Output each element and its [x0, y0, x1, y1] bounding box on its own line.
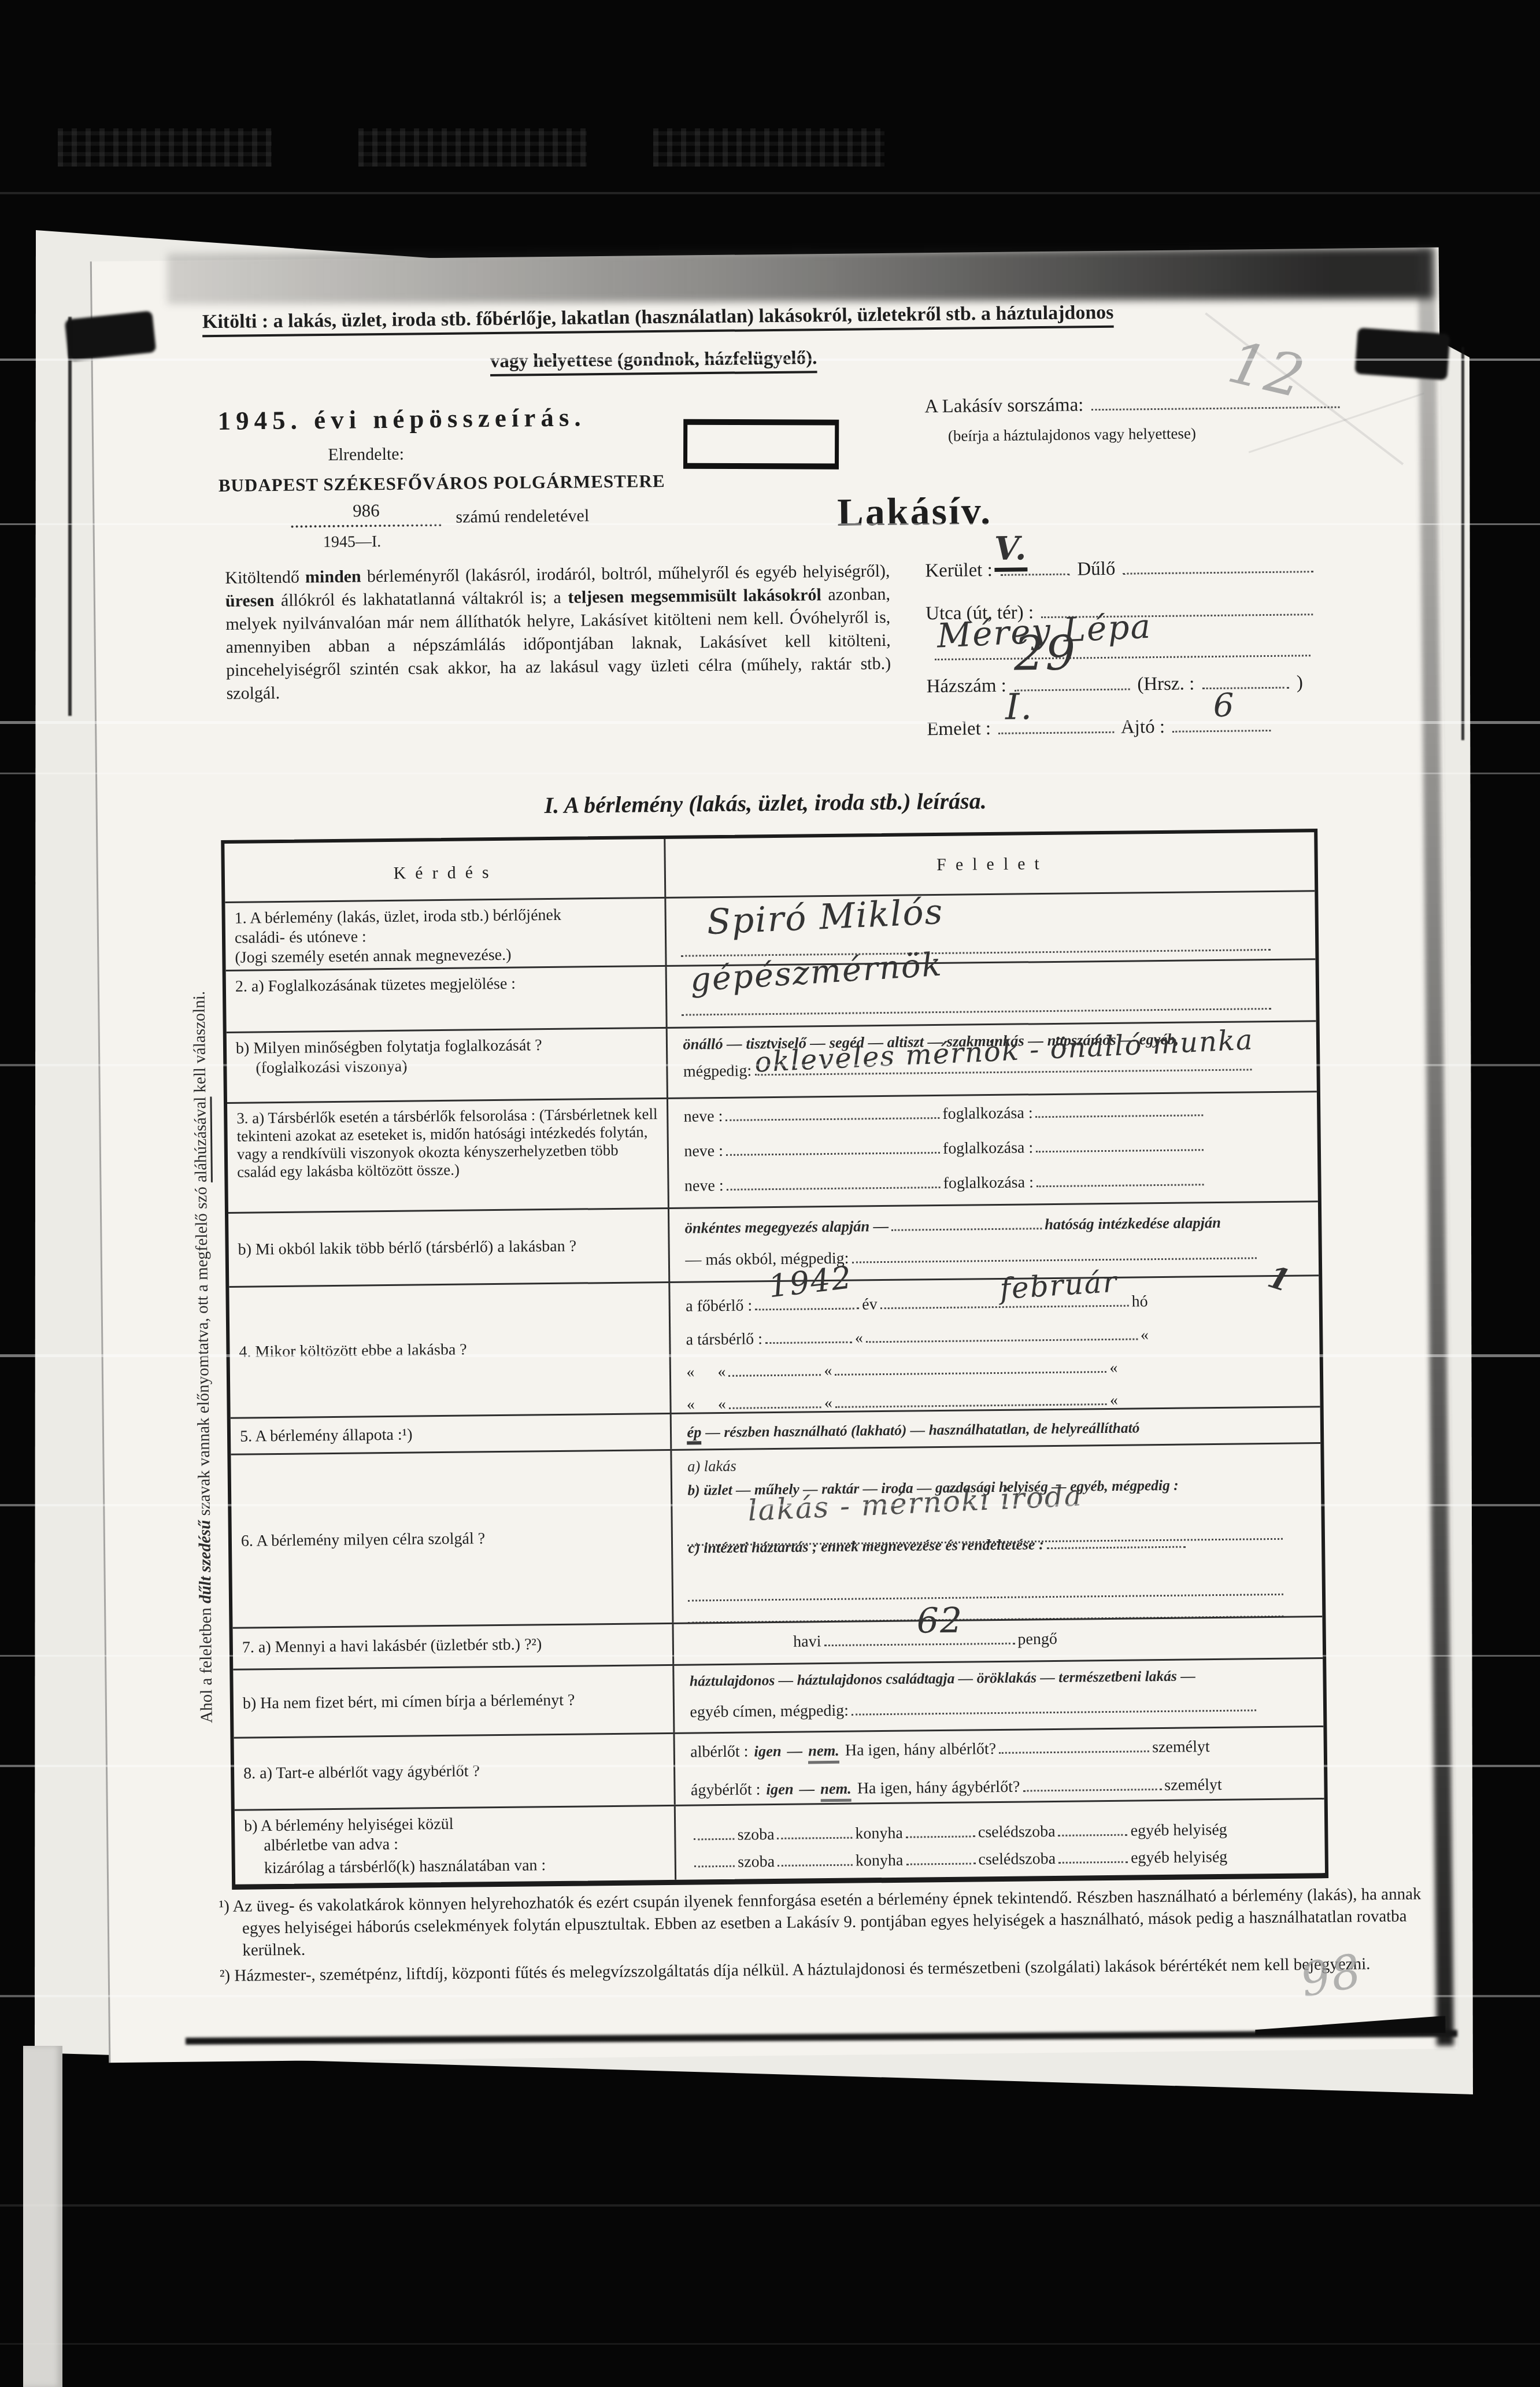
q7b-text: b) Ha nem fizet bért, mi címen bírja a b… — [243, 1690, 667, 1714]
movein-month-handwritten: február — [999, 1272, 1119, 1299]
table-row-4: 4. Mikor költözött ebbe a lakásba ? a fő… — [229, 1274, 1320, 1417]
intro-text: állókról és lakhatatlanná váltakról is; … — [274, 588, 568, 610]
a3b-authority: hatóság intézkedése alapján — [1045, 1213, 1221, 1234]
a3a-fogl-label: foglalkozása : — [943, 1173, 1034, 1193]
district-handwritten-value: V. — [994, 529, 1028, 572]
district-row: Kerület : Dűlő — [925, 556, 1316, 582]
question-table: Kérdés Felelet 1. A bérlemény (lakás, üz… — [221, 829, 1328, 1890]
serial-dotted-line — [1091, 395, 1339, 411]
frame-bracket-left — [68, 317, 72, 716]
tenant-name-handwritten: Spiró Miklós — [707, 902, 945, 933]
vnote-text: Ahol a feleletben — [197, 1603, 216, 1723]
q3b-text: b) Mi okból lakik több bérlő (társbérlő)… — [238, 1236, 661, 1260]
vnote-italic: dűlt szedésű — [195, 1520, 215, 1603]
a3b-voluntary: önkéntes megegyezés alapján — — [685, 1216, 889, 1238]
a5-ep-underlined: ép — [687, 1423, 701, 1444]
a8b-egyeb: egyéb helyiség — [1130, 1820, 1227, 1841]
q2b-cell: b) Milyen minőségben folytatja foglalkoz… — [227, 1029, 669, 1102]
intro-paragraph: Kitöltendő minden bérleményről (lakásról… — [225, 560, 891, 705]
a4-dotted — [729, 1395, 821, 1409]
table-header-row: Kérdés Felelet — [224, 832, 1315, 901]
hrsz-label: (Hrsz. : — [1137, 673, 1194, 694]
q4-cell: 4. Mikor költözött ebbe a lakásba ? — [229, 1283, 672, 1417]
a7a-cell: havi pengő 62 — [674, 1617, 1323, 1664]
q7b-cell: b) Ha nem fizet bért, mi címen bírja a b… — [233, 1666, 675, 1737]
table-row-2b: b) Milyen minőségben folytatja foglalkoz… — [227, 1020, 1317, 1102]
a3a-dotted — [726, 1140, 940, 1156]
decree-suffix: számú rendeletével — [456, 506, 589, 527]
intro-text: bérleményről (lakásról, irodáról, boltró… — [361, 561, 890, 586]
q8b-line3: kizárólag a társbérlő(k) használatában v… — [245, 1854, 668, 1885]
a8b-konyha: konyha — [856, 1851, 904, 1871]
a8b-dotted — [1058, 1850, 1128, 1864]
occupation-handwritten: gépészmérnök — [690, 955, 943, 991]
q8b-cell: b) A bérlemény helyiségei közül albérlet… — [235, 1806, 677, 1885]
q6-cell: 6. A bérlemény milyen célra szolgál ? — [231, 1451, 673, 1627]
footnote-1: ¹) Az üveg- és vakolatkárok könnyen hely… — [219, 1883, 1445, 1961]
q6-text: 6. A bérlemény milyen célra szolgál ? — [241, 1527, 665, 1551]
a3a-dotted — [725, 1106, 939, 1121]
a3a-dotted — [1036, 1137, 1204, 1152]
a8a-cell: albérlőt : igen — nem. Ha igen, hány alb… — [675, 1727, 1324, 1805]
a3a-neve-label: neve : — [684, 1141, 723, 1162]
q8b-line2: albérletbe van adva : — [244, 1832, 668, 1856]
header-line2-text: vagy helyettese (gondnok, házfelügyelő). — [490, 348, 817, 372]
a2a-cell: gépészmérnök — [667, 960, 1316, 1027]
a3a-dotted — [1035, 1103, 1203, 1118]
a6-option-a: a) lakás — [687, 1450, 1311, 1476]
microfilm-scan: Kitölti : a lakás, üzlet, iroda stb. főb… — [0, 0, 1540, 2387]
movein-year-handwritten: 1942 — [768, 1268, 853, 1296]
a3a-fogl-label: foglalkozása : — [943, 1138, 1034, 1159]
door-label: Ajtó : — [1121, 716, 1165, 738]
a3a-cell: neve : foglalkozása : neve : foglalkozás… — [668, 1092, 1317, 1207]
film-frame-marking — [358, 128, 587, 167]
a1-dotted-line — [682, 937, 1271, 957]
house-row: Házszám : (Hrsz. : ) — [926, 672, 1303, 697]
movein-day-handwritten: 1 — [1267, 1267, 1294, 1292]
a8a-rest: Ha igen, hány ágybérlőt? — [857, 1778, 1020, 1799]
intro-bold: teljesen megsemmisült lakásokról — [568, 585, 821, 607]
a4-year-label: év — [862, 1295, 878, 1314]
a8a-unit: személyt — [1164, 1775, 1222, 1795]
a3b-dotted — [852, 1246, 1256, 1263]
a7a-pengo-label: pengő — [1017, 1629, 1057, 1650]
a1-cell: Spiró Miklós — [667, 892, 1316, 965]
census-title: 1945. évi népösszeírás. — [217, 402, 586, 436]
a4-ditto: « — [686, 1362, 694, 1382]
a2a-dotted-line — [682, 996, 1272, 1016]
q8a-cell: 8. a) Tart-e albérlőt vagy ágybérlőt ? — [234, 1734, 676, 1809]
column-header-question: Kérdés — [224, 839, 666, 901]
floor-handwritten-value: I. — [1005, 685, 1034, 728]
a8b-szoba: szoba — [738, 1825, 775, 1845]
house-label: Házszám : — [926, 675, 1006, 697]
a8b-cseledszoba: cselédszoba — [978, 1822, 1056, 1842]
a7b-other-label: egyéb címen, mégpedig: — [690, 1701, 849, 1723]
vnote-text: kell válaszolni. — [190, 991, 209, 1097]
a8b-cell: szoba konyha cselédszoba egyéb helyiség … — [676, 1800, 1325, 1880]
a8a-rest: Ha igen, hány albérlőt? — [845, 1739, 997, 1761]
a8a-dotted — [1023, 1777, 1161, 1792]
form-title: Lakásív. — [837, 488, 993, 535]
ordered-label: Elrendelte: — [328, 445, 404, 465]
table-row-8a: 8. a) Tart-e albérlőt vagy ágybérlőt ? a… — [234, 1725, 1324, 1809]
district-label: Kerület : — [925, 560, 993, 581]
a2b-cell: önálló — tisztviselő — segéd — altiszt —… — [668, 1022, 1317, 1098]
q7a-text: 7. a) Mennyi a havi lakásbér (üzletbér s… — [242, 1635, 542, 1656]
a4-ditto: « — [1109, 1358, 1117, 1378]
table-row-7b: b) Ha nem fizet bért, mi címen bírja a b… — [233, 1657, 1323, 1737]
col-a-label: Felelet — [936, 854, 1049, 875]
a8a-nem-underlined: nem. — [820, 1779, 852, 1802]
a3a-fogl-label: foglalkozása : — [942, 1103, 1033, 1124]
paper-strip — [23, 2046, 62, 2387]
film-frame-marking — [58, 128, 272, 167]
a3b-dotted — [891, 1216, 1042, 1231]
a4-cotenant-label: a társbérlő : — [686, 1329, 763, 1350]
a7b-options: háztulajdonos — háztulajdonos családtagj… — [690, 1665, 1313, 1691]
dulo-dotted-line — [1123, 559, 1313, 574]
a4-ditto: « — [1141, 1325, 1149, 1345]
scan-streak — [0, 2204, 1540, 2207]
a5-rest: — részben használható (lakható) — haszná… — [705, 1419, 1139, 1440]
a2b-megpedig-label: mégpedig: — [683, 1061, 752, 1081]
a4-dotted — [835, 1359, 1106, 1376]
door-handwritten-value: 6 — [1213, 687, 1235, 725]
q2b-line2: (foglalkozási viszonya) — [236, 1054, 660, 1078]
a8b-dotted — [778, 1853, 853, 1867]
table-row-2a: 2. a) Foglalkozásának tüzetes megjelölés… — [226, 958, 1316, 1032]
a4-ditto: « — [824, 1361, 832, 1381]
dulo-label: Dűlő — [1077, 559, 1115, 580]
a4-dotted — [728, 1362, 821, 1377]
a8a-igen: igen — [766, 1779, 793, 1799]
serial-note: (beírja a háztulajdonos vagy helyettese) — [948, 424, 1196, 445]
col-q-label: Kérdés — [393, 863, 498, 884]
a7a-havi-label: havi — [793, 1632, 821, 1652]
floor-label: Emelet : — [927, 718, 991, 740]
a3a-neve-label: neve : — [684, 1176, 724, 1196]
a4-cell: a főbérlő : év hó 1942 február 1 a társb… — [671, 1276, 1320, 1413]
section-title: I. A bérlemény (lakás, üzlet, iroda stb.… — [220, 784, 1310, 822]
a8b-egyeb: egyéb helyiség — [1131, 1847, 1228, 1868]
a4-ditto: « — [717, 1362, 725, 1382]
a8b-dotted — [906, 1851, 975, 1865]
serial-label: A Lakásív sorszáma: — [924, 394, 1083, 417]
table-row-6: 6. A bérlemény milyen célra szolgál ? a)… — [231, 1442, 1322, 1627]
q7a-cell: 7. a) Mennyi a havi lakásbér (üzletbér s… — [233, 1624, 675, 1669]
decree-number: 986 — [291, 500, 441, 528]
vnote-underlined: aláhúzásával — [191, 1097, 210, 1183]
a4-main-tenant-label: a főbérlő : — [686, 1296, 752, 1316]
q5-text: 5. A bérlemény állapota :¹) — [240, 1426, 413, 1446]
scan-streak — [0, 2343, 1540, 2345]
a8a-bedtenant-label: ágybérlőt : — [691, 1780, 761, 1800]
a4-dotted — [765, 1330, 852, 1344]
a8b-szoba: szoba — [738, 1852, 775, 1872]
a8b-dotted — [694, 1827, 735, 1841]
a8b-dotted — [694, 1854, 735, 1868]
film-frame-marking — [653, 128, 884, 167]
a8b-dotted — [906, 1824, 975, 1838]
q3b-cell: b) Mi okból lakik több bérlő (társbérlő)… — [228, 1209, 671, 1286]
table-row-3a: 3. a) Társbérlők esetén a társbérlők fel… — [227, 1091, 1318, 1212]
q3a-cell: 3. a) Társbérlők esetén a társbérlők fel… — [227, 1099, 669, 1212]
q1-line3: (Jogi személy esetén annak megnevezése.) — [235, 944, 658, 968]
a8a-dash: — — [787, 1741, 802, 1761]
q4-text: 4. Mikor költözött ebbe a lakásba ? — [239, 1338, 662, 1362]
a8a-dotted — [999, 1739, 1149, 1754]
a3a-neve-label: neve : — [684, 1107, 723, 1127]
a4-dotted — [835, 1392, 1107, 1408]
intro-text: Kitöltendő — [225, 567, 305, 587]
column-header-answer: Felelet — [666, 851, 1315, 878]
a4-ditto: « — [855, 1328, 863, 1348]
header-line1: Kitölti : a lakás, üzlet, iroda stb. főb… — [202, 300, 1335, 334]
scan-streak — [0, 192, 1540, 194]
a3a-dotted — [726, 1175, 940, 1191]
table-row-8b: b) A bérlemény helyiségei közül albérlet… — [235, 1798, 1325, 1885]
a6-dotted — [688, 1582, 1283, 1602]
a8a-unit: személyt — [1152, 1737, 1210, 1757]
frame-bracket-right — [1461, 347, 1464, 740]
a8b-dotted — [1058, 1823, 1127, 1837]
hrsz-close: ) — [1297, 672, 1303, 693]
form-page: Kitölti : a lakás, üzlet, iroda stb. főb… — [90, 247, 1457, 2063]
a4-ditto: « — [1110, 1391, 1118, 1410]
intro-bold: minden — [305, 567, 361, 586]
decree-year: 1945—I. — [323, 533, 382, 552]
a8b-dotted — [777, 1826, 852, 1839]
page-number-pencil: 98 — [1296, 1943, 1366, 2008]
q2a-cell: 2. a) Foglalkozásának tüzetes megjelölés… — [226, 967, 668, 1032]
a8a-igen: igen — [754, 1741, 781, 1761]
a8a-nem-underlined: nem. — [808, 1741, 839, 1764]
a7b-dotted — [852, 1698, 1256, 1715]
q1-cell: 1. A bérlemény (lakás, üzlet, iroda stb.… — [225, 899, 667, 970]
q3a-text: 3. a) Társbérlők esetén a társbérlők fel… — [236, 1105, 657, 1181]
a4-month-label: hó — [1131, 1292, 1147, 1311]
mayor-line: BUDAPEST SZÉKESFŐVÁROS POLGÁRMESTERE — [219, 471, 665, 496]
vertical-margin-note: Ahol a feleletben dűlt szedésű szavak va… — [188, 802, 219, 1912]
q2a-text: 2. a) Foglalkozásának tüzetes megjelölés… — [235, 975, 516, 996]
a8b-cseledszoba: cselédszoba — [978, 1849, 1056, 1869]
house-handwritten-value: 29 — [1013, 626, 1076, 681]
a4-dotted — [866, 1326, 1138, 1343]
a6-cell: a) lakás b) üzlet — műhely — raktár — ir… — [672, 1444, 1323, 1623]
page-top-edge-smudge — [167, 248, 1433, 305]
a8b-konyha: konyha — [855, 1824, 903, 1844]
a8a-subtenant-label: albérlőt : — [690, 1742, 749, 1762]
header-line2: vagy helyettese (gondnok, házfelügyelő). — [335, 346, 971, 374]
page-bottom-corner-shadow — [1255, 2016, 1446, 2035]
stamp-box — [683, 419, 839, 470]
q5-cell: 5. A bérlemény állapota :¹) — [231, 1414, 672, 1454]
a7b-cell: háztulajdonos — háztulajdonos családtagj… — [675, 1659, 1324, 1732]
q8a-text: 8. a) Tart-e albérlőt vagy ágybérlőt ? — [243, 1760, 667, 1784]
intro-bold: üresen — [225, 591, 275, 611]
film-clip-mark-right — [1354, 328, 1450, 380]
a8a-dash: — — [799, 1779, 815, 1798]
rent-amount-handwritten: 62 — [917, 1611, 964, 1631]
a3a-dotted — [1036, 1172, 1204, 1187]
vnote-text: szavak vannak előnyomtatva, ott a megfel… — [192, 1183, 214, 1520]
